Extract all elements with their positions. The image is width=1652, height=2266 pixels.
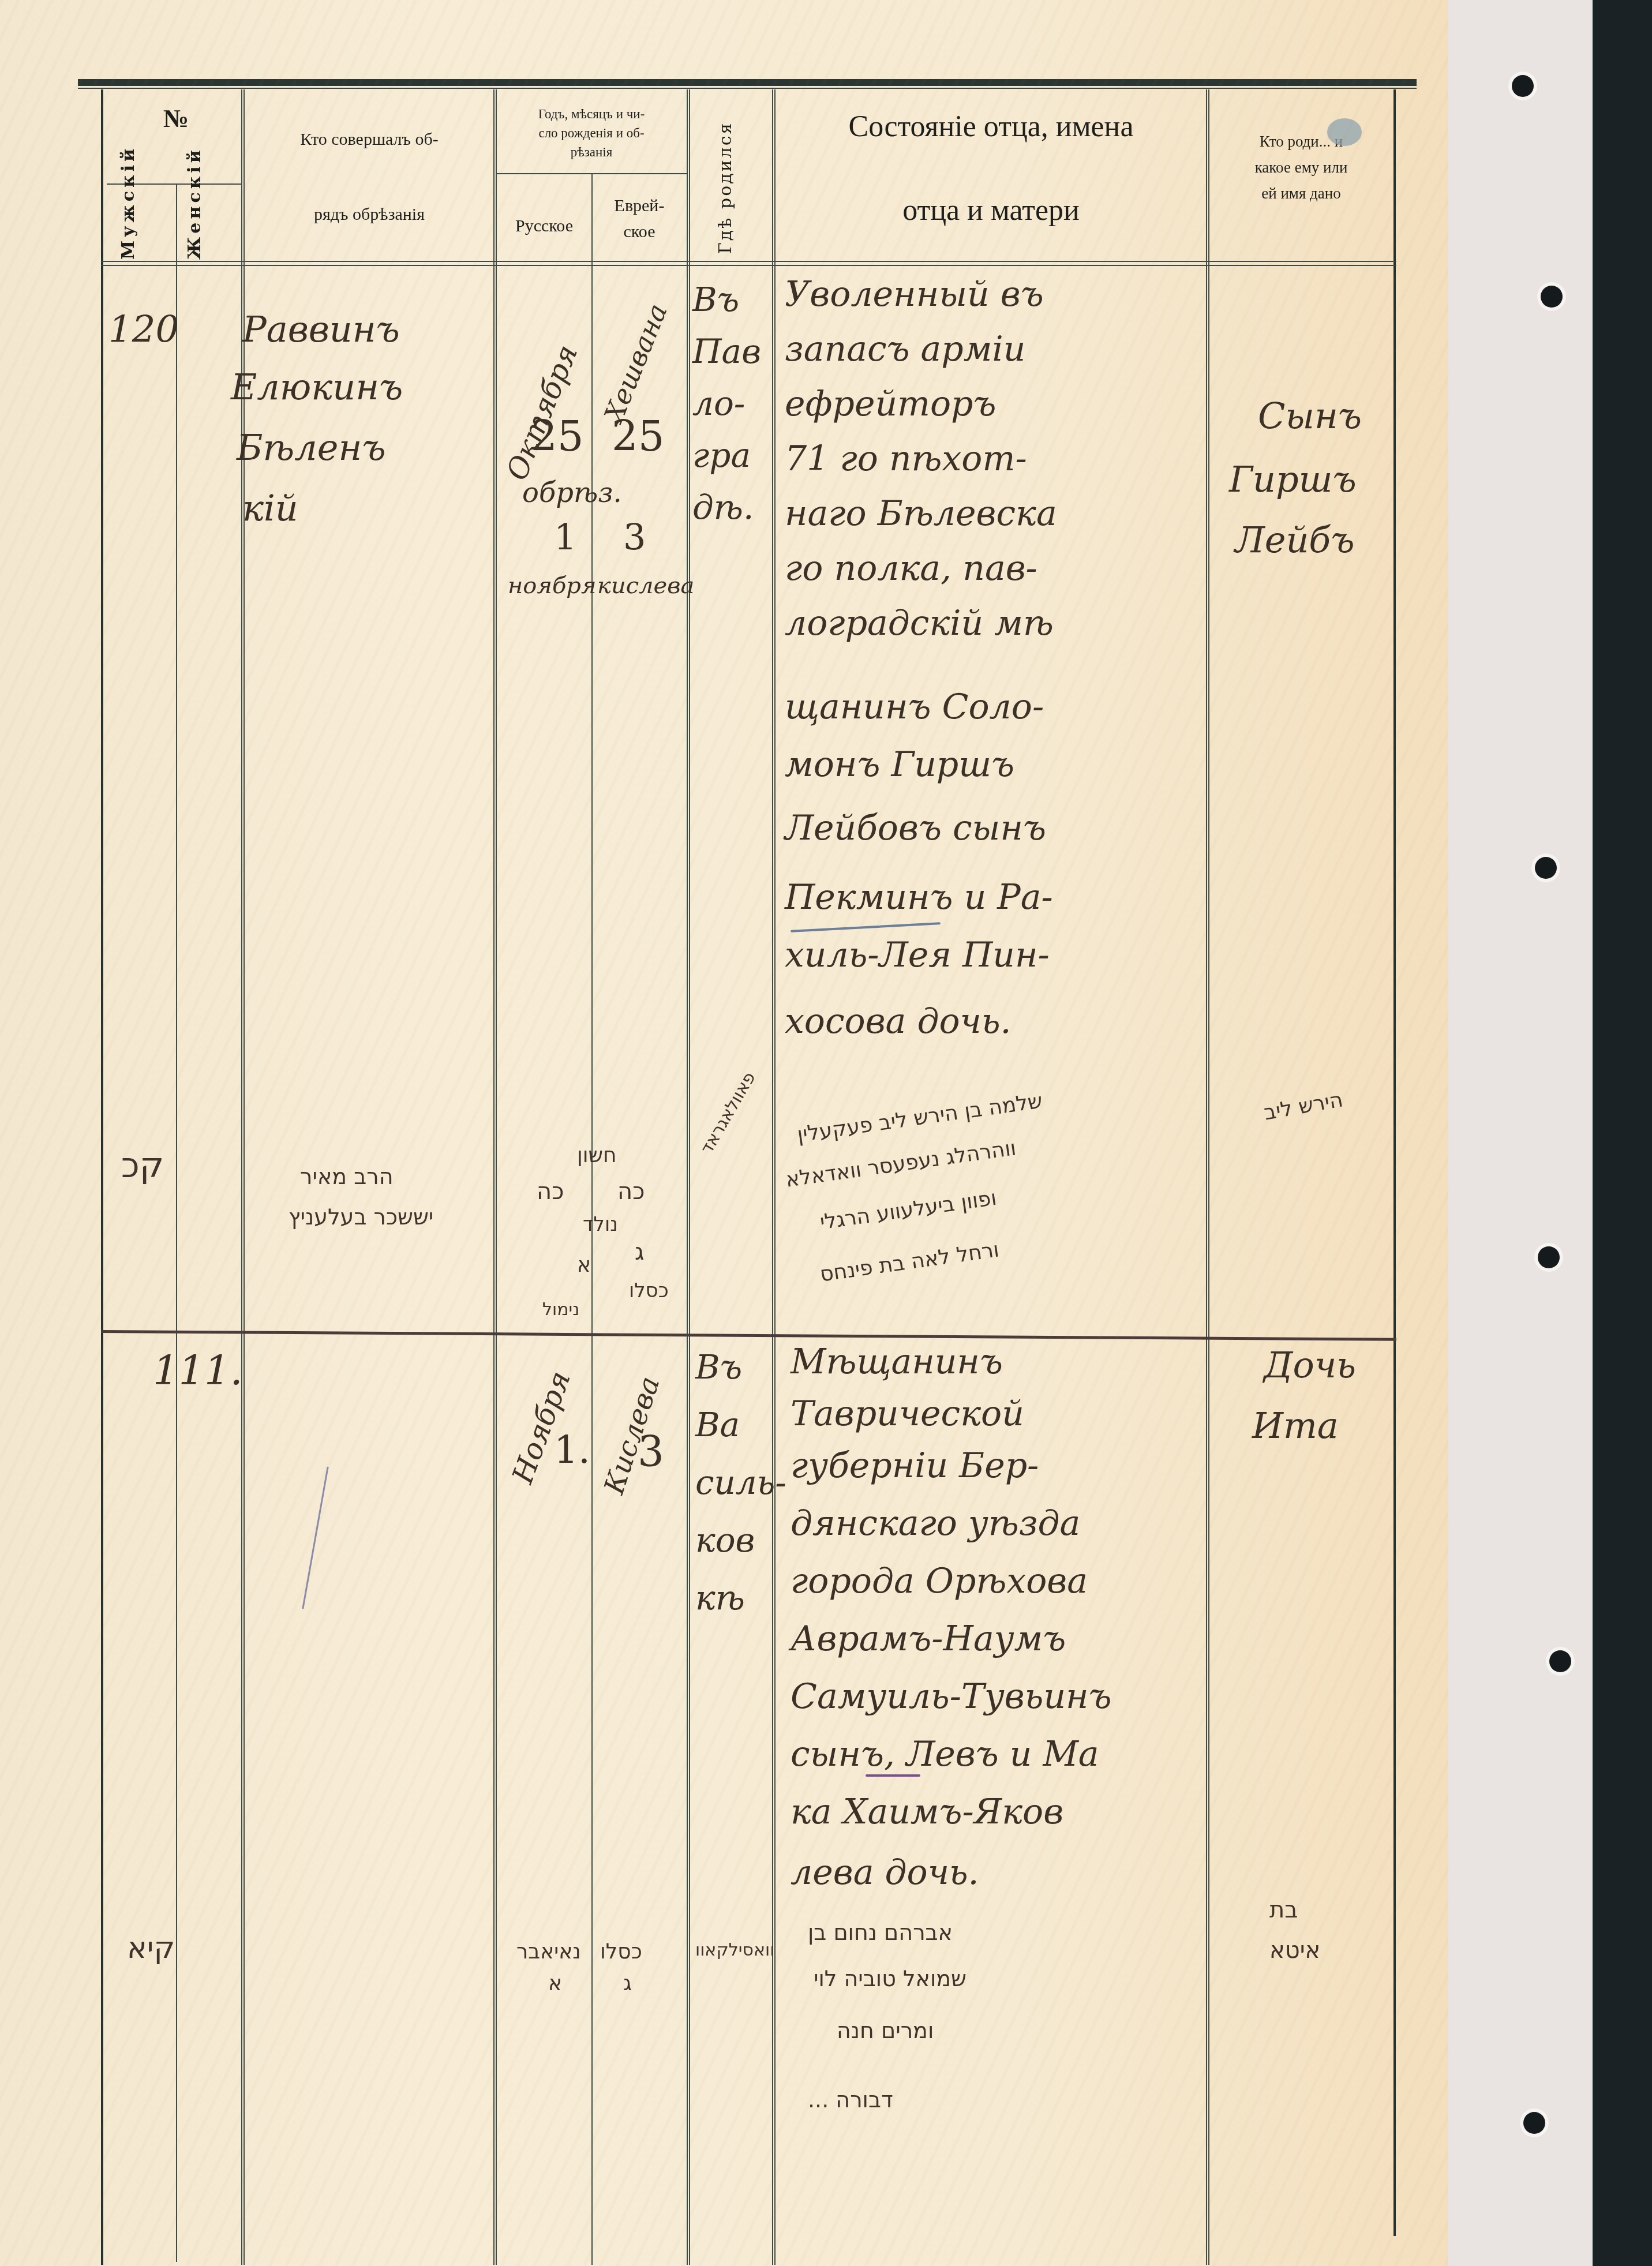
parents-line: дянскаго уѣзда [791, 1506, 1080, 1541]
hebrew-date-line: א [577, 1255, 591, 1276]
parents-line: губерніи Бер- [791, 1448, 1039, 1483]
birthplace-line: кѣ [695, 1581, 745, 1615]
birth-month-russian: Ноября [508, 1368, 575, 1487]
parents-line: ка Хаимъ-Яков [791, 1795, 1063, 1829]
number-header: № [144, 104, 208, 133]
hebrew-performer-line: יששכר בעלעניץ [289, 1206, 433, 1228]
top-rule-thin [78, 88, 1417, 89]
date-russian-header: Русское [497, 216, 591, 236]
performer-header-line1: Кто совершалъ об- [248, 130, 490, 149]
circumcision-month-russian: ноября [508, 574, 596, 597]
binder-hole [1549, 1650, 1571, 1672]
child-header-line3: ей имя дано [1212, 185, 1391, 203]
birth-month-hebrew-calendar: Кислева [600, 1373, 664, 1497]
rule-number-split [107, 183, 242, 185]
birthplace-line: ков [695, 1523, 755, 1557]
parents-line: лоградскій мѣ [785, 606, 1054, 641]
hebrew-date-line: נימול [542, 1301, 579, 1319]
entry-separator [101, 1330, 1396, 1341]
hebrew-date-line: כה [617, 1180, 645, 1203]
birth-month-russian: Октября [502, 341, 582, 484]
parents-line: хиль-Лея Пин- [785, 938, 1050, 972]
hebrew-parents-line: דבורה ... [808, 2089, 893, 2111]
date-hebrew-header-line1: Еврей- [593, 196, 685, 216]
rule-number-end-b [244, 89, 245, 2265]
rule-date-split [591, 173, 593, 2265]
hebrew-parents-line: שלמה בן הירש ליב פעקעלין [796, 1091, 1044, 1145]
performer-header-line2: рядъ обрѣзанія [248, 205, 490, 224]
birthplace-line: Пав [692, 335, 761, 368]
birth-day-russian: 1. [554, 1431, 590, 1469]
hebrew-date-line: ג [623, 1973, 632, 1994]
parents-header-line1: Состояніе отца, имена [779, 110, 1203, 144]
circumcision-month-hebrew-calendar: кислева [597, 574, 694, 597]
parents-line: города Орѣхова [791, 1564, 1088, 1598]
parents-line: ефрейторъ [785, 387, 996, 421]
parents-line: Уволенный въ [785, 277, 1044, 312]
pencil-underline [791, 922, 941, 932]
rule-right-outer [1393, 89, 1396, 2236]
female-header: Женскій [185, 185, 205, 260]
parents-line: наго Бѣлевска [785, 496, 1057, 531]
performer-line: Бѣленъ [237, 430, 386, 466]
hebrew-parents-line: ווהרהלג נעפעסר וואדאלא [784, 1138, 1017, 1191]
hebrew-child-name: הירש ליב [1263, 1089, 1344, 1123]
rule-date-header-split [496, 173, 688, 174]
parents-line: монъ Гиршъ [785, 747, 1014, 782]
hebrew-parents-line: שמואל טוביה לוי [814, 1968, 967, 1990]
hebrew-date-line: כסלו [629, 1281, 669, 1301]
hebrew-parents-line: ורחל לאה בת פינחס [819, 1239, 1001, 1285]
rule-parents-end-b [1208, 89, 1209, 2265]
birthplace-line: силь- [695, 1466, 786, 1499]
parents-line: го полка, пав- [785, 551, 1037, 586]
hebrew-entry-number: קיא [127, 1933, 175, 1963]
parents-line: 71 го пѣхот- [785, 441, 1027, 476]
birthplace-line: Ва [695, 1408, 740, 1441]
parents-line: запасъ арміи [785, 332, 1025, 366]
performer-line: Раввинъ [242, 312, 400, 347]
binder-hole [1512, 75, 1534, 97]
hebrew-date-line: ג [635, 1241, 644, 1264]
rule-performer-end [493, 89, 495, 2265]
birthplace-line: гра [692, 439, 751, 472]
child-line: Дочь [1264, 1347, 1356, 1383]
birthplace-header: Гдѣ родился [716, 104, 736, 254]
entry-number: 120 [108, 312, 179, 349]
hebrew-entry-number: קכ [121, 1148, 164, 1183]
parents-line: Лейбовъ сынъ [785, 811, 1046, 845]
birth-day-hebrew-calendar: 3 [638, 1431, 664, 1473]
date-header-line1: Годъ, мѣсяцъ и чи- [497, 107, 685, 122]
rule-birthplace-end-b [774, 89, 776, 2265]
circumcision-day-hebrew-calendar: 3 [623, 519, 646, 555]
parents-line: Таврической [791, 1396, 1024, 1431]
binder-hole [1541, 286, 1563, 308]
entry-number: 111. [153, 1350, 243, 1391]
rule-male-female [176, 185, 177, 2262]
birth-month-hebrew-calendar: Хешвана [600, 300, 671, 425]
child-line: Ита [1252, 1408, 1339, 1444]
binder-hole [1538, 1246, 1560, 1268]
rule-parents-end [1206, 89, 1207, 2265]
child-header-line2: какое ему или [1212, 159, 1391, 177]
hebrew-parents-line: ומרים חנה [837, 2020, 934, 2042]
hebrew-date-line: כסלו [600, 1942, 642, 1962]
parents-line: Аврамъ-Наумъ [791, 1621, 1066, 1656]
birthplace-line: Въ [692, 283, 739, 316]
child-header-line1: Кто роди... и [1212, 133, 1391, 151]
rule-date-end-b [689, 89, 690, 2265]
header-bottom-rule [101, 261, 1396, 266]
birthplace-line: ло- [692, 387, 745, 420]
hebrew-performer-line: הרב מאיר [300, 1166, 393, 1188]
date-header-line3: рѣзанія [497, 145, 685, 160]
performer-line: кій [242, 490, 298, 526]
parents-line: Мѣщанинъ [791, 1344, 1003, 1379]
rule-performer-end-b [496, 89, 497, 2265]
rule-date-end [687, 89, 688, 2265]
birth-day-russian: 25 [531, 415, 584, 457]
top-rule [78, 79, 1417, 86]
birthplace-line: дѣ. [692, 490, 754, 524]
hebrew-parents-line: אברהם נחום בן [808, 1922, 953, 1943]
parents-line: хосова дочь. [785, 1004, 1012, 1039]
hebrew-child-line: איטא [1269, 1939, 1320, 1962]
binder-strip [1443, 0, 1593, 2266]
violet-underline [866, 1774, 920, 1777]
hebrew-child-line: בת [1269, 1898, 1298, 1922]
child-line: Сынъ [1258, 398, 1362, 434]
circumcision-label-russian: обрѣз. [522, 479, 622, 507]
pencil-checkmark [302, 1467, 328, 1609]
date-hebrew-header-line2: ское [593, 222, 685, 242]
date-header-line2: сло рожденія и об- [497, 126, 685, 141]
parents-line: Пекминъ и Ра- [785, 880, 1053, 915]
hebrew-date-line: נולד [583, 1215, 618, 1234]
circumcision-day-russian: 1 [554, 519, 576, 555]
child-line: Лейбъ [1235, 522, 1355, 558]
hebrew-date-line: חשון [577, 1145, 617, 1166]
rule-left-outer [101, 89, 103, 2265]
birthplace-line: Въ [695, 1350, 742, 1384]
register-page: № Мужскій Женскій Кто совершалъ об- рядъ… [0, 0, 1448, 2266]
parents-line: сынъ, Левъ и Ма [791, 1737, 1099, 1771]
hebrew-parents-line: ופוון ביעלעווע הרגלי [819, 1188, 998, 1234]
hebrew-date-line: א [548, 1973, 562, 1994]
rule-birthplace-end [772, 89, 773, 2265]
male-header: Мужскій [118, 185, 138, 260]
binder-hole [1523, 2112, 1545, 2134]
performer-line: Елюкинъ [231, 369, 403, 405]
parents-header-line2: отца и матери [779, 193, 1203, 227]
parents-line: щанинъ Соло- [785, 690, 1044, 724]
parents-line: лева дочь. [791, 1855, 979, 1890]
hebrew-date-line: נאיאבר [516, 1942, 581, 1962]
hebrew-birthplace: וואסילקאוו [695, 1942, 774, 1959]
hebrew-date-line: כה [537, 1180, 564, 1203]
hebrew-birthplace: פאוולאגראד [698, 1069, 759, 1157]
parents-line: Самуиль-Тувьинъ [791, 1679, 1112, 1714]
birth-day-hebrew-calendar: 25 [612, 415, 665, 457]
rule-number-end [241, 89, 242, 2265]
binder-hole [1535, 857, 1557, 879]
ink-stain [1327, 118, 1362, 146]
child-line: Гиршъ [1229, 462, 1357, 497]
